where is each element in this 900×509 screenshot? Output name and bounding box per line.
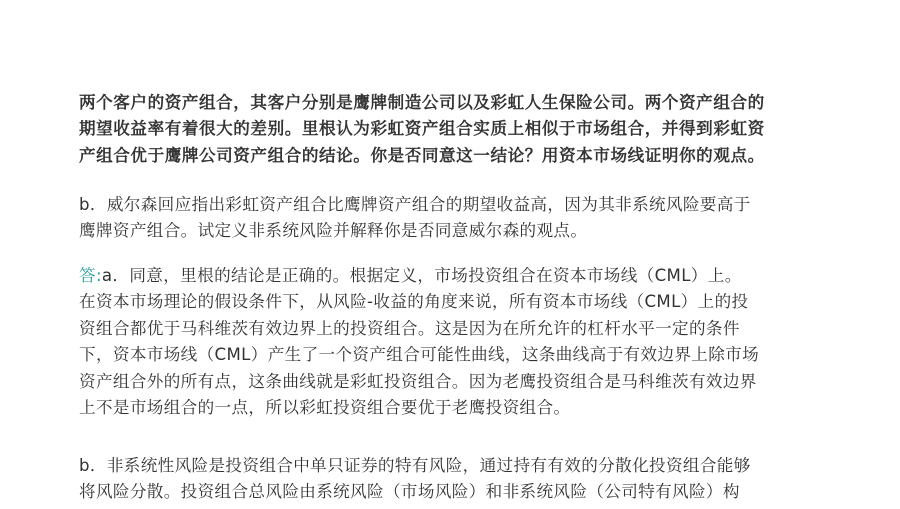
- top-blank-area: [0, 0, 900, 90]
- answer-a-line: 上不是市场组合的一点，所以彩虹投资组合要优于老鹰投资组合。: [79, 395, 759, 421]
- question-line: 两个客户的资产组合，其客户分别是鹰牌制造公司以及彩虹人生保险公司。两个资产组合的: [79, 90, 765, 116]
- question-paragraph: 两个客户的资产组合，其客户分别是鹰牌制造公司以及彩虹人生保险公司。两个资产组合的…: [79, 90, 765, 169]
- answer-b-paragraph: b．非系统性风险是投资组合中单只证券的特有风险，通过持有有效的分散化投资组合能够…: [79, 453, 751, 506]
- answer-a-line: 资组合都优于马科维茨有效边界上的投资组合。这是因为在所允许的杠杆水平一定的条件: [79, 316, 759, 342]
- question-b-paragraph: b．威尔森回应指出彩虹资产组合比鹰牌资产组合的期望收益高，因为其非系统风险要高于…: [79, 192, 751, 245]
- answer-a-first-line: 答:a．同意，里根的结论是正确的。根据定义，市场投资组合在资本市场线（CML）上…: [79, 263, 759, 289]
- answer-a-line: 资产组合外的所有点，这条曲线就是彩虹投资组合。因为老鹰投资组合是马科维茨有效边界: [79, 369, 759, 395]
- answer-b-line: b．非系统性风险是投资组合中单只证券的特有风险，通过持有有效的分散化投资组合能够: [79, 453, 751, 479]
- question-b-line: 鹰牌资产组合。试定义非系统风险并解释你是否同意威尔森的观点。: [79, 218, 751, 244]
- answer-a-line: 在资本市场理论的假设条件下，从风险-收益的角度来说，所有资本市场线（CML）上的…: [79, 289, 759, 315]
- answer-a-paragraph: 答:a．同意，里根的结论是正确的。根据定义，市场投资组合在资本市场线（CML）上…: [79, 263, 759, 421]
- answer-label: 答:: [79, 266, 102, 285]
- question-b-line: b．威尔森回应指出彩虹资产组合比鹰牌资产组合的期望收益高，因为其非系统风险要高于: [79, 192, 751, 218]
- answer-a-line: 下，资本市场线（CML）产生了一个资产组合可能性曲线，这条曲线高于有效边界上除市…: [79, 342, 759, 368]
- answer-a-text: a．同意，里根的结论是正确的。根据定义，市场投资组合在资本市场线（CML）上。: [102, 266, 742, 285]
- answer-b-line: 将风险分散。投资组合总风险由系统风险（市场风险）和非系统风险（公司特有风险）构: [79, 479, 751, 505]
- question-line: 期望收益率有着很大的差别。里根认为彩虹资产组合实质上相似于市场组合，并得到彩虹资: [79, 116, 765, 142]
- question-line: 产组合优于鹰牌公司资产组合的结论。你是否同意这一结论？用资本市场线证明你的观点。: [79, 143, 765, 169]
